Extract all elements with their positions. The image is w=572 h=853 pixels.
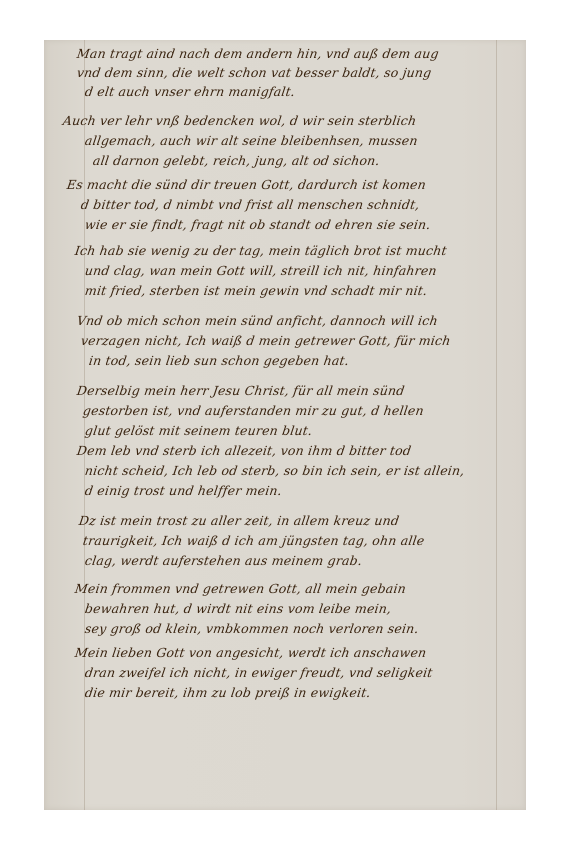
manuscript-line: und clag, wan mein Gott will, streill ic… — [84, 263, 438, 278]
manuscript-line: traurigkeit, Ich waiß d ich am jüngsten … — [82, 533, 426, 548]
manuscript-line: Ich hab sie wenig zu der tag, mein tägli… — [74, 243, 448, 258]
manuscript-line: Mein frommen vnd getrewen Gott, all mein… — [74, 581, 407, 596]
manuscript-page: Man tragt aind nach dem andern hin, vnd … — [44, 40, 526, 810]
manuscript-line: clag, werdt auferstehen aus meinem grab. — [84, 553, 363, 568]
manuscript-line: d elt auch vnser ehrn manigfalt. — [84, 84, 296, 99]
manuscript-line: Vnd ob mich schon mein sünd anficht, dan… — [76, 313, 439, 328]
manuscript-line: d bitter tod, d nimbt vnd frist all mens… — [80, 197, 421, 212]
manuscript-line: wie er sie findt, fragt nit ob standt od… — [84, 217, 432, 232]
manuscript-line: Es macht die sünd dir treuen Gott, dardu… — [66, 177, 427, 192]
manuscript-line: Dem leb vnd sterb ich allezeit, von ihm … — [76, 443, 412, 458]
manuscript-line: dran zweifel ich nicht, in ewiger freudt… — [84, 665, 434, 680]
manuscript-line: Derselbig mein herr Jesu Christ, für all… — [76, 383, 406, 398]
manuscript-line: gestorben ist, vnd auferstanden mir zu g… — [82, 403, 425, 418]
manuscript-line: die mir bereit, ihm zu lob preiß in ewig… — [84, 685, 372, 700]
manuscript-line: vnd dem sinn, die welt schon vat besser … — [76, 65, 433, 80]
manuscript-line: verzagen nicht, Ich waiß d mein getrewer… — [80, 333, 452, 348]
manuscript-line: allgemach, auch wir alt seine bleibenhse… — [84, 133, 419, 148]
manuscript-line: bewahren hut, d wirdt nit eins vom leibe… — [84, 601, 392, 616]
manuscript-line: Man tragt aind nach dem andern hin, vnd … — [76, 46, 440, 61]
manuscript-line: glut gelöst mit seinem teuren blut. — [84, 423, 313, 438]
manuscript-line: nicht scheid, Ich leb od sterb, so bin i… — [84, 463, 466, 478]
manuscript-line: all darnon gelebt, reich, jung, alt od s… — [92, 153, 381, 168]
manuscript-line: mit fried, sterben ist mein gewin vnd sc… — [84, 283, 428, 298]
manuscript-line: Auch ver lehr vnß bedencken wol, d wir s… — [62, 113, 417, 128]
manuscript-line: in tod, sein lieb sun schon gegeben hat. — [88, 353, 350, 368]
handwritten-text-block: Man tragt aind nach dem andern hin, vnd … — [44, 40, 526, 810]
manuscript-line: Mein lieben Gott von angesicht, werdt ic… — [74, 645, 427, 660]
manuscript-line: Dz ist mein trost zu aller zeit, in alle… — [78, 513, 400, 528]
manuscript-line: d einig trost und helffer mein. — [84, 483, 283, 498]
manuscript-line: sey groß od klein, vmbkommen noch verlor… — [84, 621, 420, 636]
